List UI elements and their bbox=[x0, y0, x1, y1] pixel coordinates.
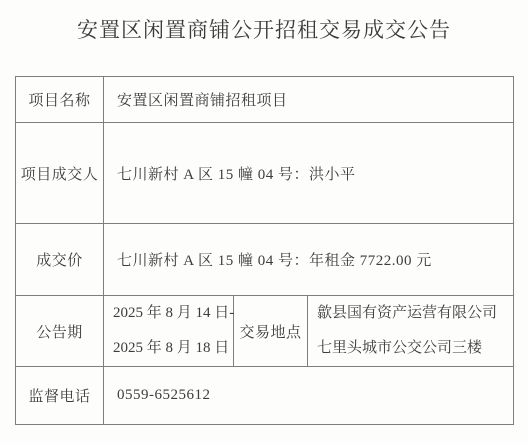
phone-label: 监督电话 bbox=[16, 367, 104, 425]
venue-label: 交易地点 bbox=[234, 296, 308, 367]
winner-value: 七川新村 A 区 15 幢 04 号：洪小平 bbox=[104, 123, 514, 224]
phone-value: 0559-6525612 bbox=[104, 367, 514, 425]
price-value: 七川新村 A 区 15 幢 04 号：年租金 7722.00 元 bbox=[104, 224, 514, 296]
table-row-price: 成交价 七川新村 A 区 15 幢 04 号：年租金 7722.00 元 bbox=[16, 224, 514, 296]
announcement-table: 项目名称 安置区闲置商铺招租项目 项目成交人 七川新村 A 区 15 幢 04 … bbox=[15, 76, 514, 425]
page-title: 安置区闲置商铺公开招租交易成交公告 bbox=[0, 14, 528, 44]
project-name-label: 项目名称 bbox=[16, 77, 104, 123]
venue-value: 歙县国有资产运营有限公司 七里头城市公交公司三楼 bbox=[308, 296, 514, 367]
table-row-winner: 项目成交人 七川新村 A 区 15 幢 04 号：洪小平 bbox=[16, 123, 514, 224]
notice-period-end-date: 2025 年 8 月 18 日 bbox=[113, 331, 233, 366]
table-row-phone: 监督电话 0559-6525612 bbox=[16, 367, 514, 425]
table-row-project-name: 项目名称 安置区闲置商铺招租项目 bbox=[16, 77, 514, 123]
winner-label: 项目成交人 bbox=[16, 123, 104, 224]
venue-address-line: 七里头城市公交公司三楼 bbox=[317, 331, 513, 366]
notice-period-label: 公告期 bbox=[16, 296, 104, 367]
announcement-page: 安置区闲置商铺公开招租交易成交公告 项目名称 安置区闲置商铺招租项目 项目成交人… bbox=[0, 0, 528, 443]
project-name-value: 安置区闲置商铺招租项目 bbox=[104, 77, 514, 123]
notice-period-value: 2025 年 8 月 14 日- 2025 年 8 月 18 日 bbox=[104, 296, 234, 367]
table-row-notice-period: 公告期 2025 年 8 月 14 日- 2025 年 8 月 18 日 交易地… bbox=[16, 296, 514, 367]
notice-period-start-date: 2025 年 8 月 14 日- bbox=[113, 296, 233, 331]
price-label: 成交价 bbox=[16, 224, 104, 296]
venue-company-line: 歙县国有资产运营有限公司 bbox=[317, 296, 513, 331]
